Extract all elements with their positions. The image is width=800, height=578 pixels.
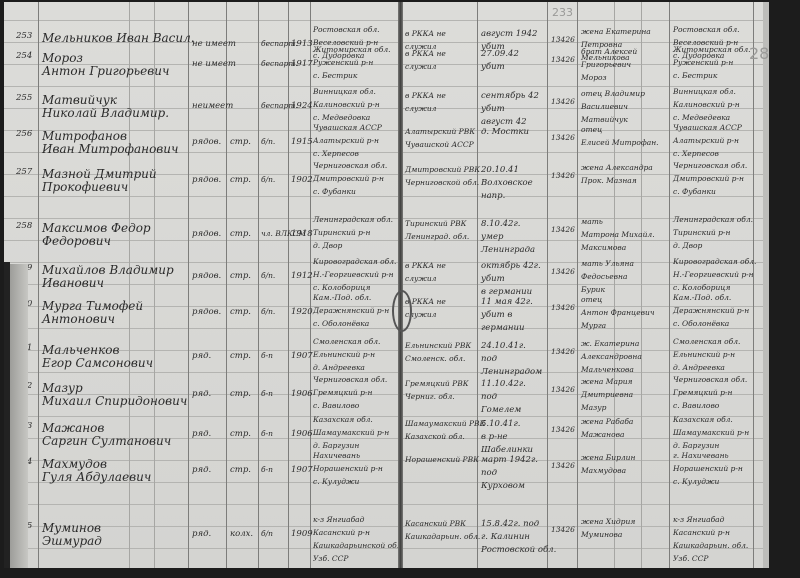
birthplace: д. Двор (313, 242, 342, 250)
kin-address: Тиринский р-н (673, 229, 730, 237)
next-of-kin: Мажанова (581, 431, 624, 439)
service-status: стр. (230, 272, 251, 281)
soldier-name: Мазур (42, 382, 83, 395)
next-of-kin: Прок. Мазная (581, 177, 637, 185)
kin-address: с. Медведевка (673, 114, 730, 122)
kin-address: Ленинградская обл. (673, 216, 753, 224)
column-rule (288, 2, 289, 568)
ruled-line (4, 328, 400, 329)
birth-year: 1917 (291, 60, 313, 69)
entry-number: 254 (16, 52, 32, 61)
ledger-book: 253Мельников Иван Васил.не имеетбеспарт.… (4, 2, 794, 568)
margin-stamp: 28 (749, 44, 769, 63)
kin-address: Н.-Георгиевский р-н (673, 271, 754, 279)
next-of-kin: жена Александра (581, 164, 653, 172)
soldier-name: Иванович (42, 277, 104, 290)
kin-address: д. Андреевка (673, 364, 725, 372)
birthplace: Смоленская обл. (313, 338, 380, 346)
kin-address: Кировоградская обл. (673, 258, 756, 266)
birthplace: Гремяцкий р-н (313, 389, 372, 397)
kin-address: Житомирская обл. (673, 46, 751, 54)
soldier-name: Прокофиевич (42, 181, 128, 194)
death-date-place: Курховом (481, 482, 525, 491)
left-page: 253Мельников Иван Васил.не имеетбеспарт.… (4, 2, 401, 568)
birthplace: Казахская обл. (313, 416, 373, 424)
death-date-place: убит (481, 275, 505, 284)
death-date-place: убит (481, 63, 505, 72)
conscription-office: Смоленск. обл. (405, 355, 465, 363)
service-status: стр. (230, 352, 251, 361)
death-date-place: под (481, 393, 497, 402)
conscription-office: Шамаумакский РВК (405, 420, 485, 428)
column-rule (577, 2, 578, 568)
soldier-name: Эшмурад (42, 535, 102, 548)
death-date-place: д. Мостки (481, 128, 529, 137)
soldier-name: Максимов Федор (42, 222, 151, 235)
soldier-name: Мельников Иван Васил. (42, 32, 195, 45)
kin-address: Касанский р-н (673, 529, 730, 537)
birthplace: с. Херпесов (313, 150, 359, 158)
soldier-name: Саргин Султанович (42, 435, 171, 448)
birthplace: Кировоградская обл. (313, 258, 396, 266)
column-rule (188, 2, 189, 568)
entry-number: 255 (16, 94, 32, 103)
party-membership: б-п (261, 352, 273, 360)
death-date-place: Ленинградом (481, 368, 542, 377)
unit-code: 13426 (551, 426, 575, 434)
ruled-line (401, 196, 769, 197)
kin-address: д. Баргузин (673, 442, 719, 450)
death-date-place: под (481, 355, 497, 364)
soldier-name: Антонович (42, 313, 115, 326)
next-of-kin: Махмудова (581, 467, 626, 475)
kin-address: Гремяцкий р-н (673, 389, 732, 397)
next-of-kin: жена Мария (581, 378, 633, 386)
kin-address: Норашенский р-н (673, 465, 743, 473)
left-edge-shadow (4, 262, 10, 568)
soldier-name: Махмудов (42, 458, 107, 471)
kin-address: Казахская обл. (673, 416, 733, 424)
column-rule (226, 2, 227, 568)
kin-address: Дмитровский р-н (673, 175, 744, 183)
soldier-name: Федорович (42, 235, 111, 248)
birthplace: Дмитровский р-н (313, 175, 384, 183)
kin-address: г. Нахичевань (673, 452, 729, 460)
death-date-place: Гомелем (481, 406, 521, 415)
birthplace: Ростовская обл. (313, 26, 380, 34)
next-of-kin: Мороз (581, 74, 607, 82)
conscription-office: служил (405, 63, 436, 71)
unit-code: 13426 (551, 226, 575, 234)
birthplace: д. Баргузин (313, 442, 359, 450)
birthplace: Нахичевань (313, 452, 360, 460)
birthplace: Руженский р-н (313, 59, 373, 67)
death-date-place: 5.10.41г. (481, 420, 520, 429)
kin-address: Кашкадарьин. обл. (673, 542, 748, 550)
next-of-kin: брат Алексей (581, 48, 637, 56)
birth-year: 1907 (291, 352, 313, 361)
soldier-name: Мальченков (42, 344, 119, 357)
soldier-name: Мурга Тимофей (42, 300, 143, 313)
birthplace: Чувашская АССР (313, 124, 382, 132)
birthplace: Н.-Георгиевский р-н (313, 271, 394, 279)
rank-education: не имеет (192, 60, 236, 69)
next-of-kin: ж. Екатерина (581, 340, 639, 348)
conscription-office: Кашкадарьин. обл. (405, 533, 480, 541)
page-edge-shadow (769, 2, 794, 568)
right-page: в РККА неслужилавгуст 1942убит13426жена … (401, 2, 769, 568)
kin-address: Смоленская обл. (673, 338, 740, 346)
conscription-office: Черниговской обл. (405, 179, 479, 187)
next-of-kin: Елисей Митрофан. (581, 139, 659, 147)
service-status: стр. (230, 390, 251, 399)
conscription-office: Черниг. обл. (405, 393, 455, 401)
kin-address: Узб. ССР (673, 555, 708, 563)
conscription-office: Казахской обл. (405, 433, 465, 441)
next-of-kin: отец (581, 126, 602, 134)
death-date-place: Шабелинки (481, 446, 533, 455)
birthplace: к-з Янгиабад (313, 516, 364, 524)
service-status: стр. (230, 308, 251, 317)
death-date-place: 20.10.41 (481, 166, 519, 175)
birthplace: с. Бестрик (313, 72, 357, 80)
birthplace: Тиринский р-н (313, 229, 370, 237)
conscription-office: Ельнинский РВК (405, 342, 471, 350)
conscription-office: Тиринский РВК (405, 220, 467, 228)
death-date-place: август 42 (481, 118, 527, 127)
column-rule (258, 2, 259, 568)
column-rule (38, 2, 39, 568)
conscription-office: Чувашской АССР (405, 141, 474, 149)
rank-education: рядов. (192, 176, 221, 185)
soldier-name: Мажанов (42, 422, 104, 435)
death-date-place: 15.8.42г. под (481, 520, 539, 529)
next-of-kin: жена Екатерина (581, 28, 651, 36)
unit-code: 13426 (551, 268, 575, 276)
unit-code: 13426 (551, 36, 575, 44)
party-membership: б/п. (261, 138, 275, 146)
soldier-name: Михаил Спиридонович (42, 395, 187, 408)
next-of-kin: Мальченкова (581, 366, 634, 374)
birth-year: 1924 (291, 102, 313, 111)
soldier-name: Иван Митрофанович (42, 143, 178, 156)
unit-code: 13426 (551, 98, 575, 106)
conscription-office: Норашенский РВК (405, 456, 479, 464)
column-rule (614, 2, 615, 568)
soldier-name: Митрофанов (42, 130, 127, 143)
service-status: стр. (230, 466, 251, 475)
soldier-name: Егор Самсонович (42, 357, 153, 370)
birthplace: Деражнянский р-н (313, 307, 389, 315)
birth-year: 1906 (291, 430, 313, 439)
rank-education: ряд. (192, 352, 211, 361)
entry-number: 256 (16, 130, 32, 139)
kin-address: Черниговская обл. (673, 376, 747, 384)
birthplace: Кам.-Под. обл. (313, 294, 371, 302)
soldier-name: Николай Владимир. (42, 107, 169, 120)
death-date-place: 27.09.42 (481, 50, 519, 59)
soldier-name: Гуля Абдулаевич (42, 471, 151, 484)
rank-education: ряд. (192, 390, 211, 399)
birthplace: с. Кулуджи (313, 478, 359, 486)
birth-year: 1902 (291, 176, 313, 185)
next-of-kin: Мазур (581, 404, 606, 412)
death-date-place: под (481, 469, 497, 478)
next-of-kin: Бурик (581, 286, 605, 294)
kin-address: Ростовская обл. (673, 26, 740, 34)
next-of-kin: жена Хидрия (581, 518, 635, 526)
service-status: стр. (230, 430, 251, 439)
death-date-place: 8.10.42г. (481, 220, 520, 229)
birth-year: 1907 (291, 466, 313, 475)
death-date-place: германии (481, 324, 524, 333)
kin-address: с. Фубанки (673, 188, 716, 196)
birth-year: 1909 (291, 530, 313, 539)
death-date-place: март 1942г. (481, 456, 538, 465)
death-date-place: октябрь 42г. (481, 262, 541, 271)
birthplace: с. Колобориця (313, 284, 371, 292)
birthplace: с. Медведовка (313, 114, 370, 122)
death-date-place: август 1942 (481, 30, 537, 39)
unit-code: 13426 (551, 134, 575, 142)
service-status: стр. (230, 230, 251, 239)
kin-address: д. Двор (673, 242, 702, 250)
party-membership: б/п. (261, 272, 275, 280)
party-membership: б-п (261, 390, 273, 398)
death-date-place: 11.10.42г. (481, 380, 526, 389)
conscription-office: в РККА не (405, 50, 446, 58)
kin-address: с. Херпесов (673, 150, 719, 158)
death-date-place: убит в (481, 311, 512, 320)
party-membership: б/п. (261, 176, 275, 184)
birth-year: 1912 (291, 272, 313, 281)
next-of-kin: мать Ульяна (581, 260, 634, 268)
kin-address: Деражнянский р-н (673, 307, 749, 315)
party-membership: б/п. (261, 308, 275, 316)
kin-address: с. Колобориця (673, 284, 731, 292)
service-status: стр. (230, 138, 251, 147)
birthplace: Шамаумакский р-н (313, 429, 389, 437)
next-of-kin: Мурга (581, 322, 606, 330)
unit-code: 13426 (551, 462, 575, 470)
ruled-line (4, 372, 400, 373)
conscription-office: в РККА не (405, 92, 446, 100)
next-of-kin: Василиевич (581, 103, 628, 111)
birthplace: Черниговская обл. (313, 162, 387, 170)
next-of-kin: Александровна (581, 353, 642, 361)
ruled-line (4, 196, 400, 197)
conscription-office: служил (405, 105, 436, 113)
kin-address: с. Бестрик (673, 72, 717, 80)
unit-code: 13426 (551, 526, 575, 534)
birthplace: Винницкая обл. (313, 88, 376, 96)
rank-education: рядов. (192, 272, 221, 281)
death-date-place: умер (481, 233, 503, 242)
unit-code: 13426 (551, 386, 575, 394)
service-status: стр. (230, 176, 251, 185)
soldier-name: Муминов (42, 522, 101, 535)
column-rule (154, 2, 155, 568)
birthplace: с. Вавилово (313, 402, 359, 410)
kin-address: к-з Янгиабад (673, 516, 724, 524)
rank-education: ряд. (192, 530, 211, 539)
birthplace: Житомирская обл. (313, 46, 391, 54)
death-date-place: г. Калинин (481, 533, 530, 542)
birthplace: Узб. ССР (313, 555, 348, 563)
next-of-kin: жена Бирлин (581, 454, 635, 462)
party-membership: б-п (261, 430, 273, 438)
death-date-place: в германии (481, 288, 532, 297)
birth-year: 1920 (291, 308, 313, 317)
kin-address: Руженский р-н (673, 59, 733, 67)
soldier-name: Мороз (42, 52, 83, 65)
death-date-place: напр. (481, 192, 505, 201)
unit-code: 13426 (551, 304, 575, 312)
birthplace: с. Фубанки (313, 188, 356, 196)
entry-number: 253 (16, 32, 32, 41)
rank-education: ряд. (192, 430, 211, 439)
rank-education: ряд. (192, 466, 211, 475)
unit-code: 13426 (551, 348, 575, 356)
death-date-place: Ростовской обл. (481, 546, 556, 555)
death-date-place: 11 мая 42г. (481, 298, 533, 307)
rank-education: не имеет (192, 40, 236, 49)
column-rule (641, 2, 642, 568)
rank-education: рядов. (192, 230, 221, 239)
next-of-kin: Дмитриевна (581, 391, 633, 399)
birthplace: Касанский р-н (313, 529, 370, 537)
soldier-name: Матвийчук (42, 94, 117, 107)
unit-code: 13426 (551, 172, 575, 180)
service-status: колх. (230, 530, 253, 539)
birthplace: Норашенский р-н (313, 465, 383, 473)
kin-address: с. Кулуджи (673, 478, 719, 486)
death-date-place: Волховское (481, 179, 533, 188)
birthplace: с. Оболонёвка (313, 320, 369, 328)
binding-clip-icon (392, 290, 412, 332)
kin-address: Алатырский р-н (673, 137, 739, 145)
soldier-name: Мазной Дмитрий (42, 168, 157, 181)
book-gutter (398, 2, 403, 568)
birthplace: Калиновский р-н (313, 101, 380, 109)
next-of-kin: отец Владимир (581, 90, 645, 98)
kin-address: Кам.-Под. обл. (673, 294, 731, 302)
next-of-kin: отец (581, 296, 602, 304)
conscription-office: Дмитровский РВК (405, 166, 480, 174)
next-of-kin: Григорьевич (581, 61, 631, 69)
birthplace: Алатырский р-н (313, 137, 379, 145)
column-rule (753, 2, 754, 568)
rank-education: неимеет (192, 102, 233, 111)
kin-address: Шамаумакский р-н (673, 429, 749, 437)
ruled-line (4, 504, 400, 505)
birthplace: д. Андреевка (313, 364, 365, 372)
kin-address: Чувашская АССР (673, 124, 742, 132)
conscription-office: Касанский РВК (405, 520, 466, 528)
ruled-line (4, 20, 400, 21)
birthplace: Кашкадарьинской обл. (313, 542, 401, 550)
party-membership: б-п (261, 466, 273, 474)
page-number-stamp: 233 (552, 6, 573, 19)
column-rule (310, 2, 311, 568)
entry-number: 257 (16, 168, 32, 177)
next-of-kin: жена Рабаба (581, 418, 633, 426)
kin-address: Винницкая обл. (673, 88, 736, 96)
soldier-name: Михайлов Владимир (42, 264, 174, 277)
column-rule (477, 2, 478, 568)
death-date-place: убит (481, 105, 505, 114)
conscription-office: в РККА не (405, 262, 446, 270)
unit-code: 13426 (551, 56, 575, 64)
ruled-line (401, 20, 769, 21)
conscription-office: Гремяцкий РВК (405, 380, 469, 388)
next-of-kin: Антон Францевич (581, 309, 655, 317)
next-of-kin: Муминова (581, 531, 622, 539)
kin-address: Калиновский р-н (673, 101, 740, 109)
birth-year: 1906 (291, 390, 313, 399)
rank-education: рядов. (192, 138, 221, 147)
soldier-name: Антон Григорьевич (42, 65, 169, 78)
birthplace: Черниговская обл. (313, 376, 387, 384)
ruled-line (401, 504, 769, 505)
column-rule (547, 2, 548, 568)
birth-year: 1918 (291, 230, 313, 239)
conscription-office: Алатырский РВК (405, 128, 475, 136)
birth-year: 1913 (291, 40, 313, 49)
kin-address: Ельнинский р-н (673, 351, 735, 359)
kin-address: Черниговская обл. (673, 162, 747, 170)
death-date-place: в р-не (481, 433, 508, 442)
birthplace: Ленинградская обл. (313, 216, 393, 224)
death-date-place: сентябрь 42 (481, 92, 539, 101)
column-rule (669, 2, 670, 568)
party-membership: б/п (261, 530, 273, 538)
birth-year: 1915 (291, 138, 313, 147)
next-of-kin: Федосьевна (581, 273, 627, 281)
next-of-kin: Максимова (581, 244, 626, 252)
next-of-kin: Матвийчук (581, 116, 628, 124)
death-date-place: 24.10.41г. (481, 342, 526, 351)
birthplace: Ельнинский р-н (313, 351, 375, 359)
conscription-office: в РККА не (405, 30, 446, 38)
next-of-kin: мать (581, 218, 603, 226)
conscription-office: Ленинград. обл. (405, 233, 469, 241)
death-date-place: Ленинграда (481, 246, 535, 255)
rank-education: рядов. (192, 308, 221, 317)
kin-address: с. Оболонёвка (673, 320, 729, 328)
next-of-kin: Матрона Михайл. (581, 231, 655, 239)
kin-address: с. Вавилово (673, 402, 719, 410)
conscription-office: служил (405, 275, 436, 283)
entry-number: 258 (16, 222, 32, 231)
